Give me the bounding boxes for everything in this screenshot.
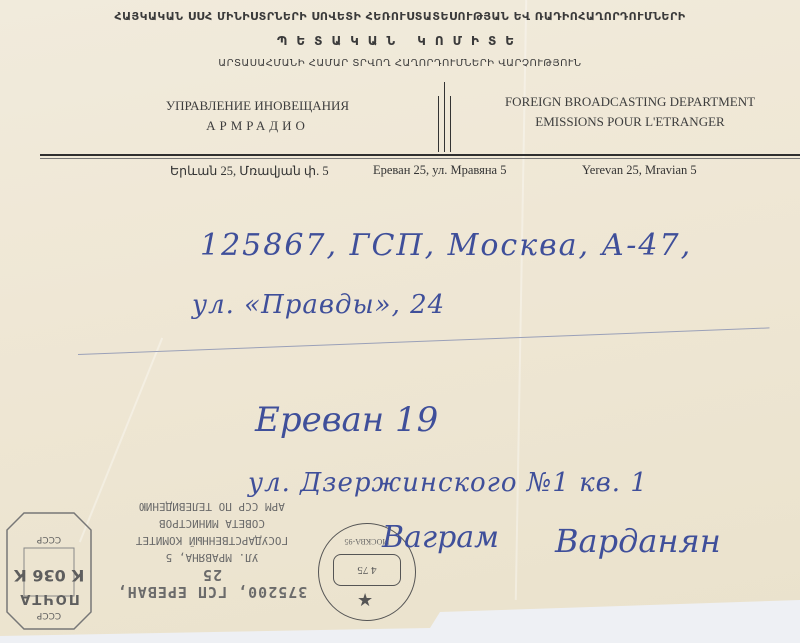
meter-country: СССР — [6, 610, 92, 620]
stamp-line: ГОСУДАРСТВЕННЫЙ КОМИТЕТ — [112, 532, 312, 549]
address-english: Yerevan 25, Mravian 5 — [582, 163, 697, 178]
header-rule — [40, 154, 800, 156]
russian-department-block: УПРАВЛЕНИЕ ИНОВЕЩАНИЯ АРМРАДИО — [140, 96, 375, 136]
address-armenian: Երևան 25, Մռավյան փ. 5 — [170, 163, 329, 179]
star-icon: ★ — [357, 590, 373, 611]
address-russian: Ереван 25, ул. Мравяна 5 — [373, 163, 506, 178]
stamp-line: УЛ. МРАВЯНА, 5 — [112, 549, 312, 566]
stamp-line: СОВЕТА МИНИСТРОВ — [112, 515, 312, 532]
paper-crease — [515, 0, 527, 600]
divider-line — [450, 96, 451, 152]
handwritten-divider-line — [78, 327, 770, 355]
sender-city: Ереван 19 — [255, 400, 438, 440]
letterhead-armenian-line3: ԱՐՏԱՍԱՀՄԱՆԻ ՀԱՄԱՐ ՏՐՎՈՂ ՀԱՂՈՐԴՈՒՄՆԵՐԻ ՎԱ… — [0, 58, 800, 69]
french-department: EMISSIONS POUR L'ETRANGER — [470, 112, 790, 132]
meter-stamp: СССР ПОЧТА К 036 К СССР — [6, 512, 92, 630]
english-department: FOREIGN BROADCASTING DEPARTMENT — [470, 92, 790, 112]
stamp-line: АРМ ССР ПО ТЕЛЕВИДЕНИЮ — [112, 498, 312, 515]
meter-footer: СССР — [6, 534, 92, 544]
recipient-line1: 125867, ГСП, Москва, А-47, — [200, 228, 692, 263]
letterhead-armenian-line1: ՀԱՅԿԱԿԱՆ ՍՍՀ ՄԻՆԻՍՏՐՆԵՐԻ ՍՈՎԵՏԻ ՀԵՌՈՒՍՏԱ… — [0, 10, 800, 23]
envelope: ՀԱՅԿԱԿԱՆ ՍՍՀ ՄԻՆԻՍՏՐՆԵՐԻ ՍՈՎԵՏԻ ՀԵՌՈՒՍՏԱ… — [0, 0, 800, 643]
meter-label: ПОЧТА — [6, 591, 92, 606]
russian-org-name: АРМРАДИО — [140, 116, 375, 136]
recipient-line2: ул. «Правды», 24 — [192, 290, 445, 320]
letterhead-armenian-line2: ՊԵՏԱԿԱՆ ԿՈՄԻՏԵ — [0, 34, 800, 48]
divider-line — [444, 82, 445, 152]
meter-value: К 036 К — [6, 566, 92, 585]
russian-department: УПРАВЛЕНИЕ ИНОВЕЩАНИЯ — [140, 96, 375, 116]
foreign-department-block: FOREIGN BROADCASTING DEPARTMENT EMISSION… — [470, 92, 790, 132]
postmark-date: 4 75 — [333, 554, 401, 586]
sender-street: ул. Дзержинского №1 кв. 1 — [248, 468, 648, 498]
signature-first-name: Ваграм — [382, 520, 499, 555]
header-rule-thin — [40, 158, 800, 159]
stamp-line: 375200, ГСП ЕРЕВАН, 25 — [112, 566, 312, 600]
divider-line — [438, 96, 439, 152]
return-address-stamp: 375200, ГСП ЕРЕВАН, 25 УЛ. МРАВЯНА, 5 ГО… — [112, 498, 312, 600]
signature-last-name: Варданян — [555, 522, 721, 560]
